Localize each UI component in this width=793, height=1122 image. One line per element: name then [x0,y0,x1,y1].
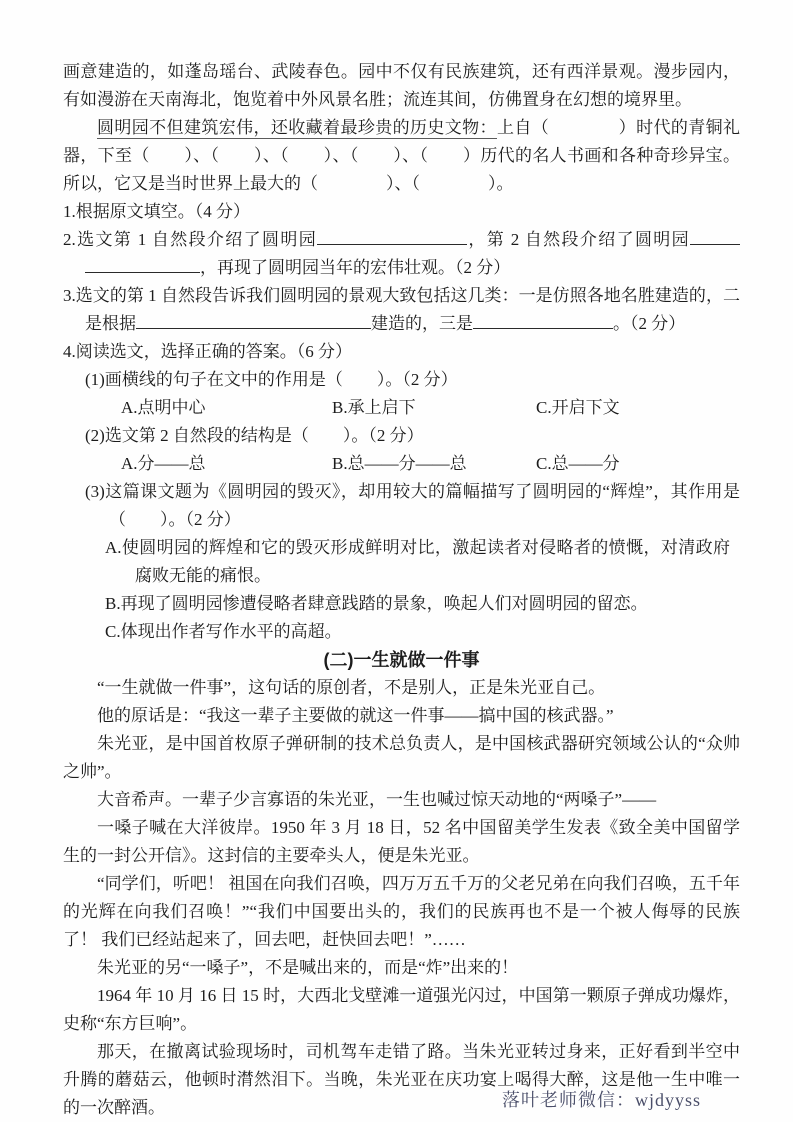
q3-blank-2 [473,313,613,329]
question-1: 1.根据原文填空。（4 分） [63,198,740,226]
q4-3-option-a: A.使圆明园的辉煌和它的毁灭形成鲜明对比，激起读者对侵略者的愤慨，对清政府腐败无… [105,534,740,590]
q4-1-option-a: A.点明中心 [121,394,332,422]
wechat-watermark: 落叶老师微信：wjdyyss [502,1086,701,1112]
question-4-2-stem: (2)选文第 2 自然段的结构是（ ）。（2 分） [85,422,740,450]
passage2-paragraph-1: “一生就做一件事”，这句话的原创者，不是别人，正是朱光亚自己。 [63,674,740,702]
passage1-paragraph2: 圆明园不但建筑宏伟，还收藏着最珍贵的历史文物：上自（ ）时代的青铜礼器，下至（ … [63,114,740,198]
passage2-paragraph-2: 他的原话是：“我这一辈子主要做的就这一件事——搞中国的核武器。” [63,702,740,730]
question-4-2-options: A.分——总 B.总——分——总 C.总——分 [121,450,740,478]
q4-2-option-c: C.总——分 [536,450,740,478]
question-3: 3.选文的第 1 自然段告诉我们圆明园的景观大致包括这几类：一是仿照各地名胜建造… [63,282,740,338]
q4-2-option-b: B.总——分——总 [332,450,536,478]
question-4-1-stem: (1)画横线的句子在文中的作用是（ ）。（2 分） [85,366,740,394]
question-4-1-options: A.点明中心 B.承上启下 C.开启下文 [121,394,740,422]
passage2-paragraph-8: 1964 年 10 月 16 日 15 时，大西北戈壁滩一道强光闪过，中国第一颗… [63,982,740,1038]
question-4-3-stem: (3)这篇课文题为《圆明园的毁灭》，却用较大的篇幅描写了圆明园的“辉煌”，其作用… [85,478,740,534]
question-2: 2.选文第 1 自然段介绍了圆明园，第 2 自然段介绍了圆明园，再现了圆明园当年… [63,226,740,282]
q2-blank-2a [690,229,740,245]
q4-2-option-a: A.分——总 [121,450,332,478]
passage1-continuation-paragraph: 画意建造的，如蓬岛瑶台、武陵春色。园中不仅有民族建筑，还有西洋景观。漫步园内，有… [63,58,740,114]
q4-1-option-b: B.承上启下 [332,394,536,422]
passage2-paragraph-5: 一嗓子喊在大洋彼岸。1950 年 3 月 18 日，52 名中国留美学生发表《致… [63,814,740,870]
q3-text-3: 。（2 分） [613,314,685,333]
passage2-paragraph-4: 大音希声。一辈子少言寡语的朱光亚，一生也喊过惊天动地的“两嗓子”—— [63,786,740,814]
passage2-paragraph-6: “同学们，听吧！ 祖国在向我们召唤，四万万五千万的父老兄弟在向我们召唤，五千年的… [63,870,740,954]
passage2-heading: (二)一生就做一件事 [63,646,740,674]
q2-blank-2b [85,257,200,273]
passage2-paragraph-3: 朱光亚，是中国首枚原子弹研制的技术总负责人，是中国核武器研究领域公认的“众帅之帅… [63,730,740,786]
q3-text-2: 建造的，三是 [371,314,473,333]
q4-1-option-c: C.开启下文 [536,394,740,422]
q3-blank-1 [136,313,371,329]
underlined-sentence: 圆明园不但建筑宏伟，还收藏着最珍贵的历史文物： [97,118,497,139]
q2-text-3: ，再现了圆明园当年的宏伟壮观。（2 分） [200,258,510,277]
q2-text-1: 2.选文第 1 自然段介绍了圆明园 [63,230,317,249]
q4-3-option-c: C.体现出作者写作水平的高超。 [105,618,740,646]
paper-content: 画意建造的，如蓬岛瑶台、武陵春色。园中不仅有民族建筑，还有西洋景观。漫步园内，有… [0,0,793,1122]
passage2-paragraph-7: 朱光亚的另“一嗓子”，不是喊出来的，而是“炸”出来的！ [63,954,740,982]
q2-text-2: ，第 2 自然段介绍了圆明园 [467,230,690,249]
question-4: 4.阅读选文，选择正确的答案。（6 分） [63,338,740,366]
q2-blank-1 [317,229,467,245]
test-paper-page: 画意建造的，如蓬岛瑶台、武陵春色。园中不仅有民族建筑，还有西洋景观。漫步园内，有… [0,0,793,1122]
q4-3-option-b: B.再现了圆明园惨遭侵略者肆意践踏的景象，唤起人们对圆明园的留恋。 [105,590,740,618]
